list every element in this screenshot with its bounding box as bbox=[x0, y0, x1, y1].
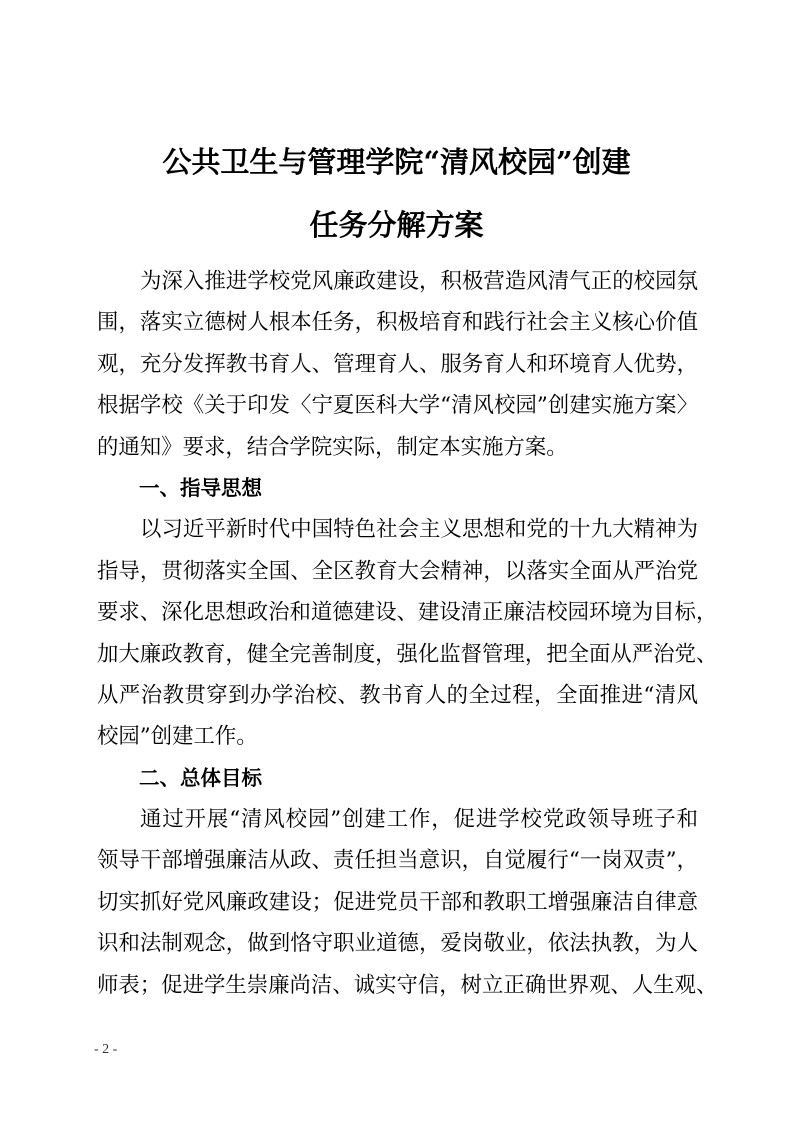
page-number: - 2 - bbox=[94, 1041, 117, 1059]
paragraph-line: 指导，贯彻落实全国、全区教育大会精神，以落实全面从严治党 bbox=[97, 551, 698, 592]
paragraph-line: 通过开展“清风校园”创建工作，促进学校党政领导班子和 bbox=[97, 799, 698, 840]
section-heading: 一、指导思想 bbox=[97, 468, 698, 509]
intro-paragraph: 为深入推进学校党风廉政建设，积极营造风清气正的校园氛 围，落实立德树人根本任务，… bbox=[97, 261, 698, 468]
section-overall-goals: 二、总体目标 通过开展“清风校园”创建工作，促进学校党政领导班子和 领导干部增强… bbox=[97, 758, 698, 1006]
paragraph-line: 以习近平新时代中国特色社会主义思想和党的十九大精神为 bbox=[97, 509, 698, 550]
paragraph-line: 领导干部增强廉洁从政、责任担当意识，自觉履行“一岗双责”， bbox=[97, 840, 698, 881]
paragraph-line: 校园”创建工作。 bbox=[97, 716, 698, 757]
paragraph-line: 为深入推进学校党风廉政建设，积极营造风清气正的校园氛 bbox=[97, 261, 698, 302]
paragraph-line: 要求、深化思想政治和道德建设、建设清正廉洁校园环境为目标， bbox=[97, 592, 698, 633]
section-guiding-ideology: 一、指导思想 以习近平新时代中国特色社会主义思想和党的十九大精神为 指导，贯彻落… bbox=[97, 468, 698, 758]
paragraph-line: 师表；促进学生崇廉尚洁、诚实守信，树立正确世界观、人生观、 bbox=[97, 965, 698, 1006]
paragraph-line: 加大廉政教育，健全完善制度，强化监督管理，把全面从严治党、 bbox=[97, 634, 698, 675]
paragraph-line: 识和法制观念，做到恪守职业道德，爱岗敬业，依法执教，为人 bbox=[97, 923, 698, 964]
section-heading: 二、总体目标 bbox=[97, 758, 698, 799]
paragraph-line: 根据学校《关于印发〈宁夏医科大学“清风校园”创建实施方案〉 bbox=[97, 385, 698, 426]
paragraph-line: 切实抓好党风廉政建设；促进党员干部和教职工增强廉洁自律意 bbox=[97, 882, 698, 923]
paragraph-line: 观，充分发挥教书育人、管理育人、服务育人和环境育人优势， bbox=[97, 344, 698, 385]
document-body: 为深入推进学校党风廉政建设，积极营造风清气正的校园氛 围，落实立德树人根本任务，… bbox=[97, 261, 698, 1006]
document-page: 公共卫生与管理学院“清风校园”创建 任务分解方案 为深入推进学校党风廉政建设，积… bbox=[0, 0, 793, 1122]
paragraph-line: 围，落实立德树人根本任务，积极培育和践行社会主义核心价值 bbox=[97, 302, 698, 343]
paragraph-line: 从严治教贯穿到办学治校、教书育人的全过程，全面推进“清风 bbox=[97, 675, 698, 716]
paragraph-line: 的通知》要求，结合学院实际，制定本实施方案。 bbox=[97, 427, 698, 468]
document-title-line-2: 任务分解方案 bbox=[0, 207, 793, 243]
document-title-line-1: 公共卫生与管理学院“清风校园”创建 bbox=[0, 144, 793, 180]
